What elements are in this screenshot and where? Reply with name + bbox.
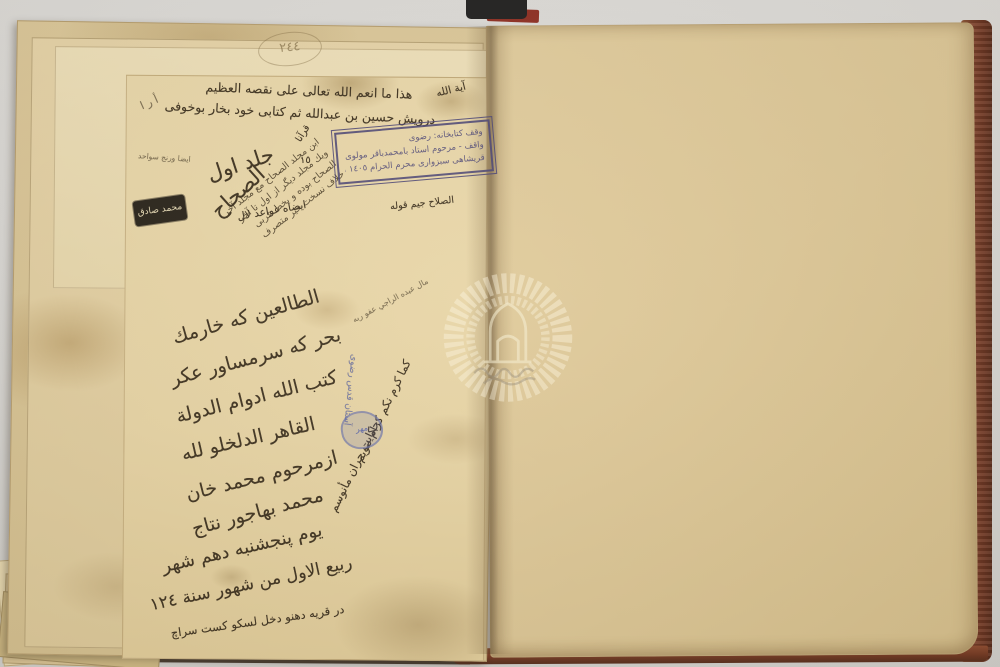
manuscript-photo: ٢٤٤ هذا ما انعم الله تعالى على نقصه العظ…: [0, 0, 1000, 667]
binding-clamp: [466, 0, 527, 19]
library-watermark-emblem-icon: [433, 270, 583, 420]
